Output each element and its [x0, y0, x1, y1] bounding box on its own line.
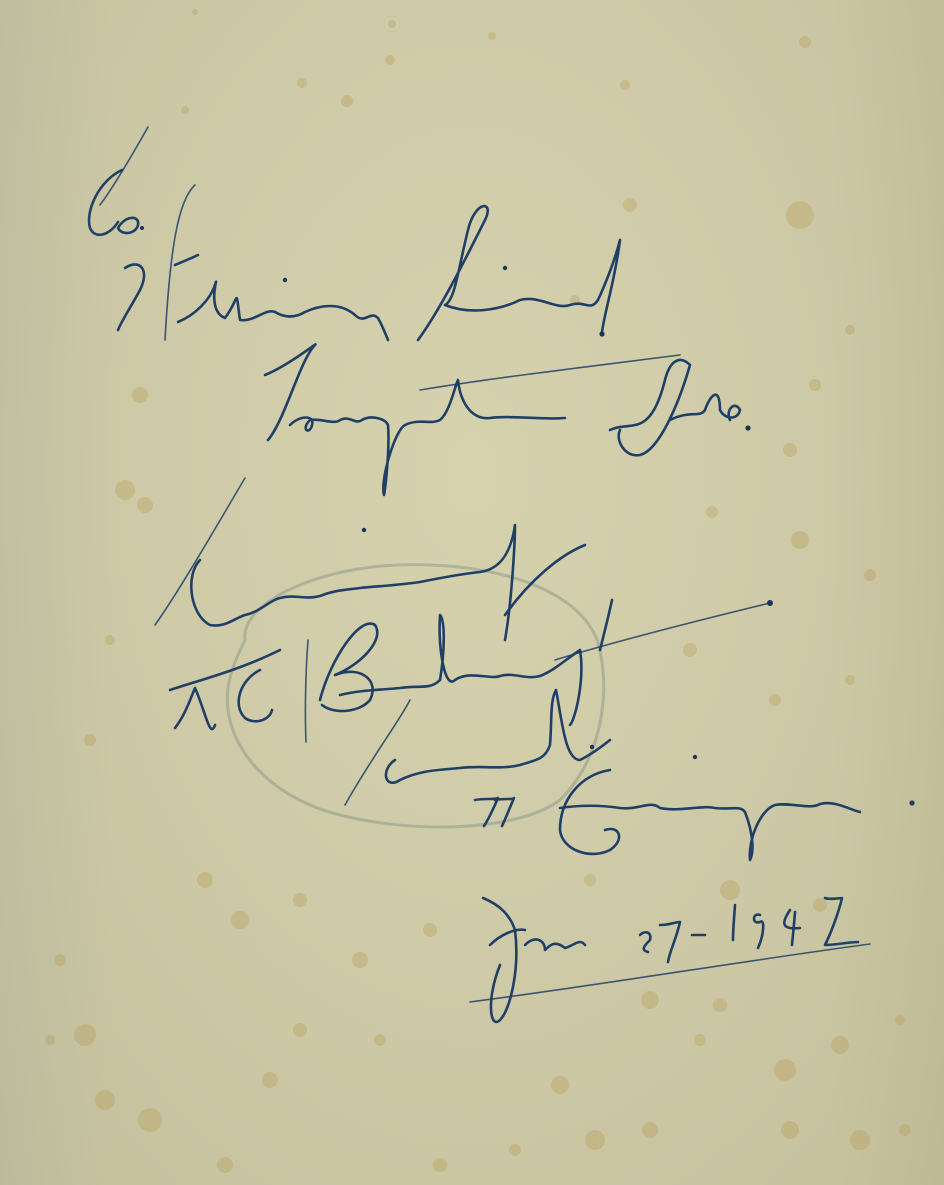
- salutation: To.: [85, 180, 145, 226]
- date: Jan 27 - 1947: [485, 900, 809, 956]
- signer-state: Michigan.: [475, 790, 718, 846]
- recipient-name: William Smail: [120, 250, 513, 315]
- inscription-page: To. William Smail Loogootee Ind. Sincere…: [0, 0, 944, 1185]
- handwriting: [0, 0, 944, 1185]
- recipient-place: Loogootee Ind.: [265, 370, 691, 435]
- signer-name: H E Brookhuyzt: [170, 640, 620, 705]
- signer-city: Grandville: [385, 725, 638, 781]
- closing: Sincerely: [160, 540, 426, 605]
